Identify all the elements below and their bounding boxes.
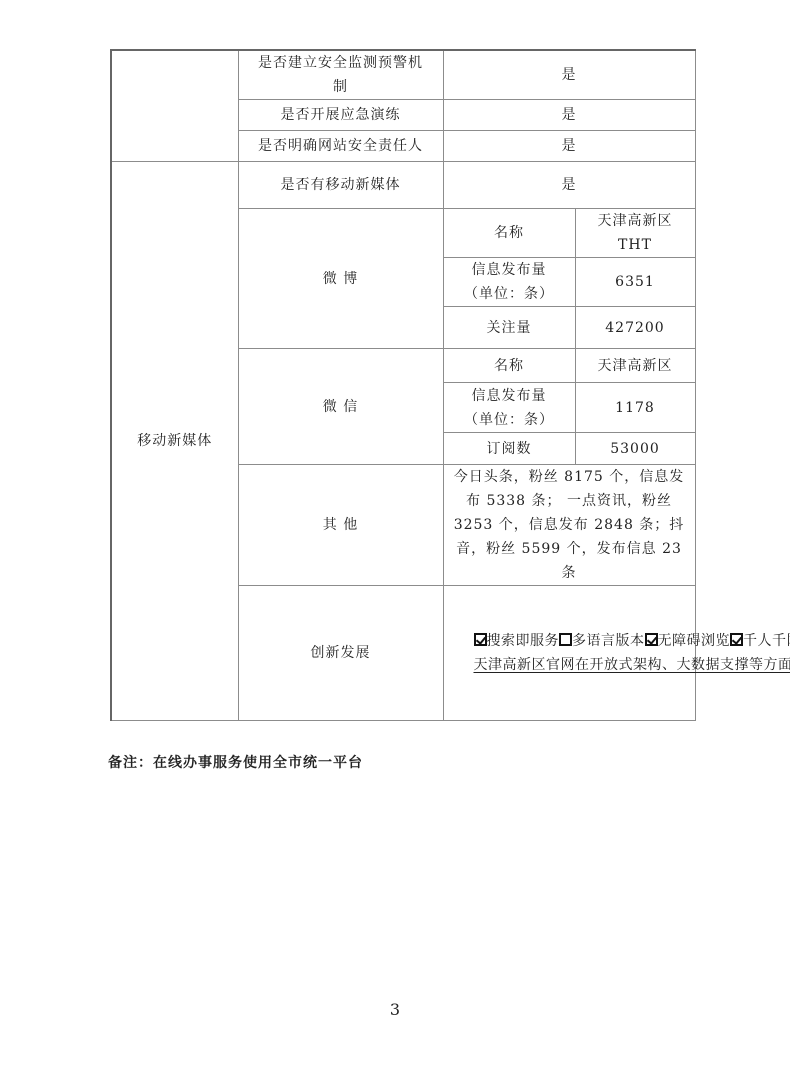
page-number: 3 (0, 1000, 790, 1019)
innovation-cell: 搜索即服务多语言版本无障碍浏览千人千网其他 天津高新区官网在开放式架构、大数据支… (443, 586, 695, 721)
weibo-followers-value: 427200 (575, 307, 695, 349)
row-label: 是否有移动新媒体 (238, 162, 443, 209)
wechat-name-label: 名称 (443, 349, 575, 383)
row-value: 是 (443, 131, 695, 162)
row-label: 是否开展应急演练 (238, 100, 443, 131)
wechat-posts-label: 信息发布量（单位：条） (443, 383, 575, 433)
checkbox-checked-icon[interactable] (474, 633, 487, 646)
wechat-name-value: 天津高新区 (575, 349, 695, 383)
weibo-posts-value: 6351 (575, 258, 695, 307)
weibo-name-value: 天津高新区THT (575, 209, 695, 258)
option-label: 千人千网 (743, 633, 790, 649)
weibo-posts-label: 信息发布量（单位：条） (443, 258, 575, 307)
wechat-label: 微 信 (238, 349, 443, 465)
wechat-subscribers-label: 订阅数 (443, 433, 575, 465)
other-value: 今日头条，粉丝 8175 个，信息发布 5338 条； 一点资讯，粉丝 3253… (443, 465, 695, 586)
table-row: 是否建立安全监测预警机制 是 (111, 50, 695, 100)
checkbox-unchecked-icon[interactable] (559, 633, 572, 646)
mobile-media-section-label: 移动新媒体 (111, 162, 238, 721)
weibo-followers-label: 关注量 (443, 307, 575, 349)
innovation-options: 搜索即服务多语言版本无障碍浏览千人千网其他 (474, 629, 691, 653)
other-label: 其 他 (238, 465, 443, 586)
innovation-other-text: 天津高新区官网在开放式架构、大数据支撑等方面提供服务 (474, 653, 691, 677)
row-label: 是否建立安全监测预警机制 (238, 50, 443, 100)
option-label: 搜索即服务 (487, 633, 560, 649)
row-value: 是 (443, 100, 695, 131)
website-report-table: 是否建立安全监测预警机制 是 是否开展应急演练 是 是否明确网站安全责任人 是 … (110, 49, 696, 721)
wechat-posts-value: 1178 (575, 383, 695, 433)
document-page: 是否建立安全监测预警机制 是 是否开展应急演练 是 是否明确网站安全责任人 是 … (0, 0, 790, 1073)
footnote: 备注：在线办事服务使用全市统一平台 (108, 752, 363, 772)
wechat-subscribers-value: 53000 (575, 433, 695, 465)
row-label: 是否明确网站安全责任人 (238, 131, 443, 162)
security-section-cell (111, 50, 238, 162)
row-value: 是 (443, 50, 695, 100)
checkbox-checked-icon[interactable] (645, 633, 658, 646)
weibo-label: 微 博 (238, 209, 443, 349)
weibo-name-label: 名称 (443, 209, 575, 258)
option-label: 无障碍浏览 (658, 633, 731, 649)
table-row: 移动新媒体 是否有移动新媒体 是 (111, 162, 695, 209)
checkbox-checked-icon[interactable] (730, 633, 743, 646)
row-value: 是 (443, 162, 695, 209)
innovation-section-label: 创新发展 (238, 586, 443, 721)
option-label: 多语言版本 (572, 633, 645, 649)
